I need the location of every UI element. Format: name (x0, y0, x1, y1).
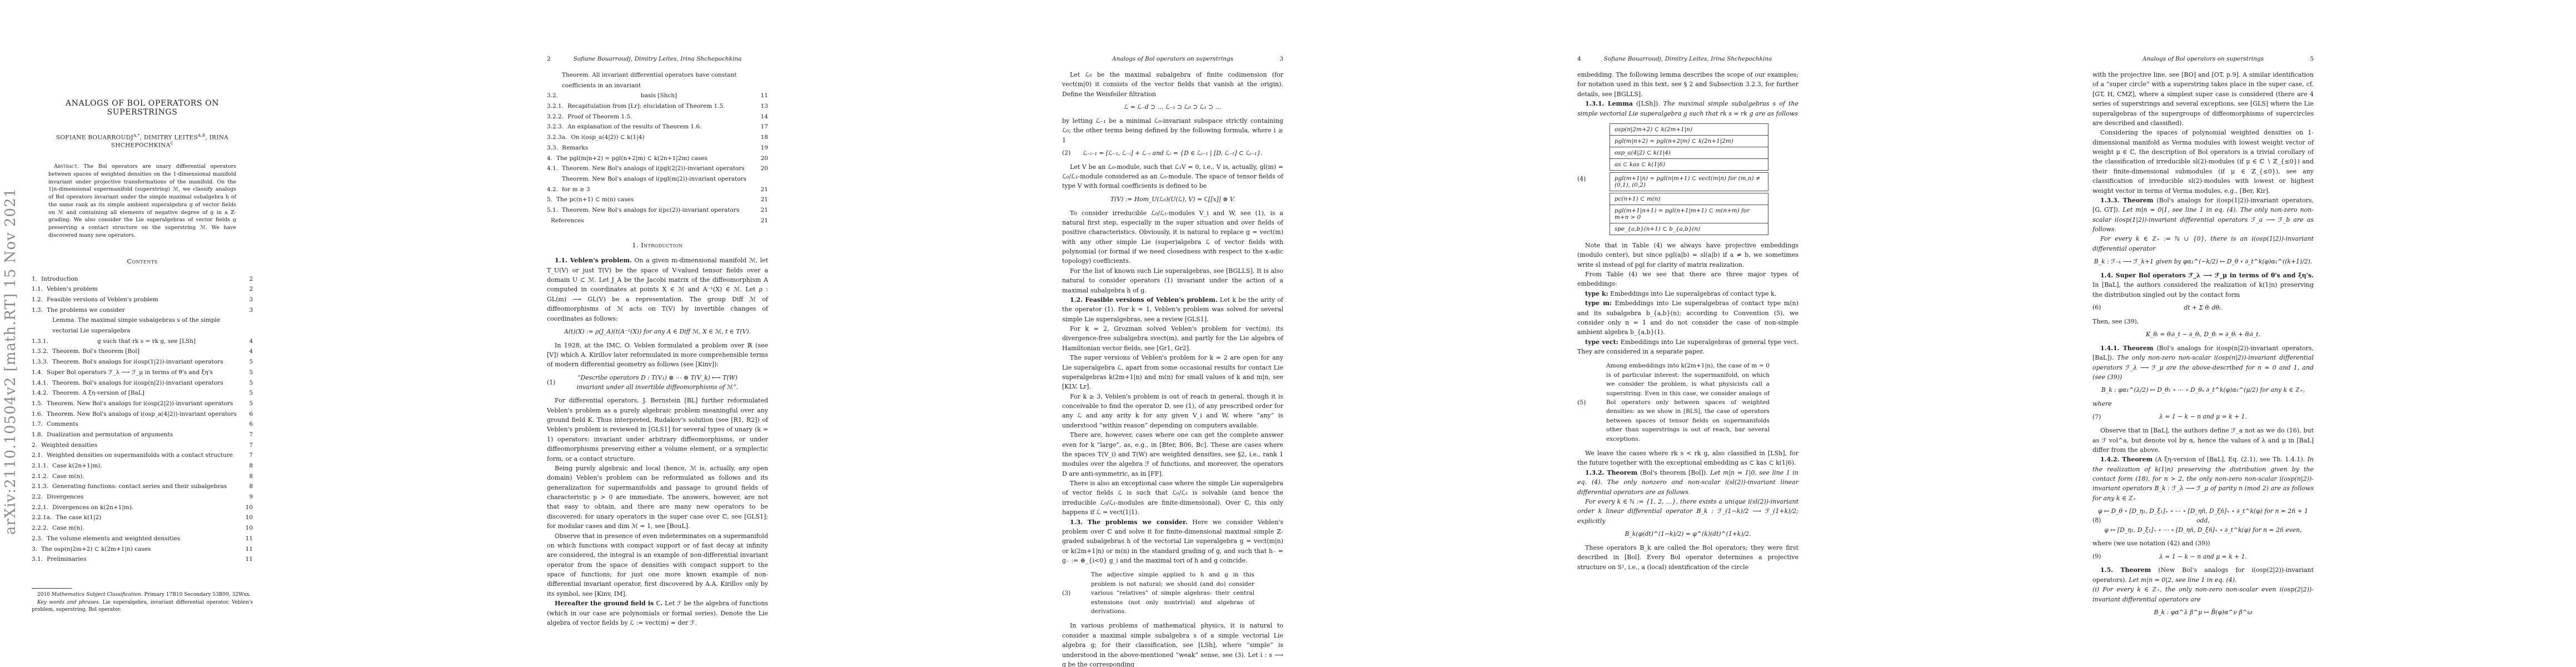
toc-entry-number: 2.1.1. (32, 461, 48, 471)
paragraph-lead: 1.3.3. Theorem (2100, 197, 2154, 204)
footnote: 2010 Mathematics Subject Classification.… (32, 588, 253, 614)
equation-label: (1) (547, 378, 555, 387)
toc-row: 4.2.Theorem. New Bol's analogs of i(pgl(… (547, 174, 768, 195)
paragraph-lead: 1.4. Super Bol operators ℱ_λ ⟶ ℱ_μ in te… (2100, 272, 2314, 279)
toc-entry-title-line1: The osp(n|2m+2) ⊂ k(2m+1|n) cases (41, 546, 151, 552)
toc-entry-title-line1: The volume elements and weighted densiti… (47, 535, 180, 542)
toc-entry-number: 3.2.3a. (547, 132, 567, 143)
toc-entry-page: 21 (760, 205, 768, 216)
contents-heading: Contents (32, 257, 253, 265)
toc-entry-number: 2.1.3. (32, 481, 48, 492)
toc-entry-page: 19 (760, 143, 768, 153)
equation-label: (3) (1062, 590, 1070, 597)
toc-row: 1.1.Veblen's problem2 (32, 284, 253, 295)
toc-entry-page: 4 (245, 346, 253, 357)
page-4: 4 Sofiane Bouarroudj, Dimitry Leites, Ir… (1546, 0, 2061, 667)
paragraph-lead: 1.3.1. Lemma (1585, 100, 1633, 107)
toc-entry-title: Preliminaries (47, 554, 241, 565)
equation-label: (4) (1577, 176, 1586, 183)
paragraph-mid: (Bol's theorem [Bol]). (1637, 469, 1707, 476)
toc-entry-title-line2: g such that rk s = rk g, see [LSh] (52, 336, 241, 347)
equation-label: (5) (1577, 399, 1586, 406)
paragraph: Observe that in presence of even indeter… (547, 531, 768, 599)
toc-entry-title: The pc(n+1) ⊂ m(n) cases (556, 195, 756, 205)
toc-entry-number: 1.4. (32, 367, 43, 378)
toc-entry-title: Theorem. Bol's theorem [Bol] (52, 346, 241, 357)
toc-entry-title: Weighted densities (41, 440, 241, 451)
toc-entry-title-line2: basis [Shch] (562, 91, 756, 101)
paragraph: Being purely algebraic and local (hence,… (547, 464, 768, 531)
paragraph-text: by letting ℒ₋₁ be a minimal ℒ₀-invariant… (1062, 117, 1283, 144)
paragraph-lead: 1.2. Feasible versions of Veblen's probl… (1070, 296, 1218, 303)
equation-label: (6) (2092, 303, 2101, 313)
toc-entry-number: 1.6. (32, 409, 43, 420)
paragraph-text: In [BaL], the authors considered the rea… (2092, 281, 2314, 298)
toc-entry-page: 10 (245, 512, 253, 523)
toc-row: References21 (547, 216, 768, 226)
toc-row: 1.3.The problems we consider3 (32, 305, 253, 316)
toc-entry-title-line1: Introduction (41, 276, 78, 282)
toc-entry-title-line1: Veblen's problem (47, 286, 98, 292)
paragraph: Considering the spaces of polynomial wei… (2092, 128, 2314, 196)
toc-entry-title: Theorem. New Bol's analogs for i(pc(2))-… (562, 205, 756, 216)
paragraph: type vect: Embeddings into Lie superalge… (1577, 337, 1798, 357)
toc-entry-title-line1: Case m(n). (52, 473, 84, 480)
toc-row: 1.7.Comments6 (32, 419, 253, 430)
abstract-label: Abstract. (54, 163, 79, 170)
equation-label: (8) (2092, 516, 2101, 526)
equation-label: (7) (2092, 412, 2101, 422)
table-row: osp_a(4|2) ⊂ k(1|4) (1610, 147, 1768, 159)
toc-entry-title: The pgl(m|n+2) ≃ pgl(n+2|m) ⊂ k(2n+1|2m)… (556, 153, 756, 164)
toc-entry-page: 8 (245, 461, 253, 471)
paragraph: From Table (4) we see that there are thr… (1577, 270, 1798, 289)
paragraph: where (we use notation (42) and (39)) (2092, 539, 2314, 548)
author-affiliation-mark: A,* (133, 133, 140, 138)
paragraph-text: There is also an exceptional case where … (1062, 480, 1283, 516)
toc-entry-number: 2.2. (32, 492, 43, 502)
paragraph-text: Observe that in presence of even indeter… (547, 532, 768, 598)
toc-entry-title: The volume elements and weighted densiti… (47, 534, 241, 544)
toc-entry-title: Recapitulation from [Lr]: elucidation of… (567, 101, 756, 112)
running-header: Analogs of Bol operators on superstrings… (1062, 0, 1283, 62)
toc-entry-number: 1. (32, 274, 37, 285)
toc-entry-number: 1.3. (32, 305, 43, 316)
toc-entry-number: 1.4.1. (32, 378, 48, 389)
toc-entry-page: 5 (245, 388, 253, 399)
equation-line: B_k : φα^λ β^μ ↦ B̄(φ)α^ν β^ω (2092, 608, 2314, 618)
display-equation: ℒ = ℒ₋d ⊃ … ℒ₋₁ ⊃ ℒ₀ ⊃ ℒ₁ ⊃ … (1062, 103, 1283, 112)
paragraph: where (2092, 399, 2314, 409)
display-equation: (6)dt + Σ θᵢ dθᵢ. (2092, 303, 2314, 313)
toc-entry-title-line1: Theorem. All invariant differential oper… (562, 72, 737, 89)
paragraph: These operators B_k are called the Bol o… (1577, 543, 1798, 572)
paragraph-text: For k ≥ 3, Veblen's problem is out of re… (1062, 393, 1283, 429)
toc-entry-title: An explanation of the results of Theorem… (567, 122, 756, 132)
equation-line: B_k : ℱ₋ₖ ⟶ ℱ_k+1 given by φα₁^(−k/2) ↦ … (2092, 257, 2314, 267)
table-row: osp(n|2m+2) ⊂ k(2m+1|n) (1610, 123, 1768, 136)
toc-entry-title-line1: The problems we consider (47, 307, 125, 313)
toc-entry-number: 2. (32, 440, 37, 451)
authors-line: SOFIANE BOUARROUDJA,*, DIMITRY LEITESA,B… (32, 133, 253, 148)
toc-entry-title: Theorem. New Bol's analogs of i(osp_a(4|… (47, 409, 241, 420)
toc-entry-title-line1: Case k(2n+1|m). (52, 462, 102, 469)
paragraph-text: Let V be an ℒ₀-module, such that ℒ₁V = 0… (1062, 163, 1283, 190)
toc-entry-title: Case m(n). (52, 523, 241, 534)
toc-entry-title: Theorem. Bol's analogs for i(osp(n|2))-i… (52, 378, 241, 389)
table-row: as ⊂ kas ⊂ k(1|6) (1610, 158, 1768, 171)
equation-label: (9) (2092, 552, 2101, 562)
paragraph-text: For differential operators, J. Bernstein… (547, 397, 768, 462)
toc-entry-title-line1: An explanation of the results of Theorem… (567, 123, 701, 130)
toc-entry-number: 2.3. (32, 534, 43, 544)
paragraph-text: The super versions of Veblen's problem f… (1062, 354, 1283, 390)
toc-entry-title-line1: Weighted densities (41, 442, 97, 449)
toc-entry-page: 6 (245, 419, 253, 430)
paragraph-text: We leave the cases where rk s < rk g, al… (1577, 450, 1798, 466)
toc-entry-title: Divergences (47, 492, 241, 502)
page-5: Analogs of Bol operators on superstrings… (2061, 0, 2576, 667)
toc-entry-number: 1.2. (32, 295, 43, 305)
toc-row: 1.4.2.Theorem. A ξη-version of [BaL]5 (32, 388, 253, 399)
toc-entry-number: 5. (547, 195, 552, 205)
toc-entry-number: 1.8. (32, 430, 43, 440)
toc-entry-page: 8 (245, 481, 253, 492)
toc-entry-number: 1.4.2. (32, 388, 48, 399)
paragraph-text: From Table (4) we see that there are thr… (1577, 271, 1798, 287)
paragraph-text: These operators B_k are called the Bol o… (1577, 544, 1798, 571)
toc-entry-page: 14 (760, 112, 768, 122)
running-header: 4 Sofiane Bouarroudj, Dimitry Leites, Ir… (1577, 0, 1798, 62)
paragraph: Let ℒ₀ be the maximal subalgebra of fini… (1062, 70, 1283, 99)
paragraph-text: Note that in Table (4) we always have pr… (1577, 242, 1798, 268)
toc-entry-page: 11 (245, 554, 253, 565)
toc-entry-title: The problems we consider (47, 305, 241, 316)
toc-entry-number: 2.1. (32, 450, 43, 461)
toc-entry-title-line1: Theorem. Bol's analogs for i(osp(n|2))-i… (52, 380, 223, 386)
toc-entry-title: References (551, 216, 756, 226)
equation-line: φ ↦ D_θ ∘ [D_η₁, D_ξ₁]₊ ∘ ⋯ ∘ [D_ηñ, D_ξ… (2092, 507, 2314, 525)
page-3: Analogs of Bol operators on superstrings… (1030, 0, 1546, 667)
lemma-table: (4)osp(n|2m+2) ⊂ k(2m+1|n)pgl(m|n+2) ≃ p… (1577, 123, 1798, 235)
paragraph: embedding. The following lemma describes… (1577, 70, 1798, 99)
toc-row: 4.The pgl(m|n+2) ≃ pgl(n+2|m) ⊂ k(2n+1|2… (547, 153, 768, 164)
paragraph-text: Being purely algebraic and local (hence,… (547, 465, 768, 530)
paragraph-lead: type k: (1585, 290, 1608, 297)
toc-row: 5.The pc(n+1) ⊂ m(n) cases21 (547, 195, 768, 205)
paragraph-text: where (2092, 400, 2112, 407)
toc-entry-title: Divergences on k(2n+1|m). (52, 502, 241, 513)
toc-entry-title: Veblen's problem (47, 284, 241, 295)
toc-entry-number: 2.2.1. (32, 502, 48, 513)
table-row: pgl(m|n+2) ≃ pgl(n+2|m) ⊂ k(2n+1|2m) (1610, 135, 1768, 147)
toc-entry-title: Case k(2n+1|m). (52, 461, 241, 471)
toc-entry-page: 7 (245, 450, 253, 461)
page-5-body: with the projective line, see [BO] and [… (2092, 70, 2314, 618)
table-row: pc(n+1) ⊂ m(n) (1610, 193, 1768, 205)
paragraph-lead: 1.3.2. Theorem (1585, 469, 1637, 476)
toc-entry-title-line1: Theorem. A ξη-version of [BaL] (52, 390, 145, 396)
toc-row: 2.1.1.Case k(2n+1|m).8 (32, 461, 253, 471)
toc-entry-page: 9 (245, 492, 253, 502)
paragraph: Then, see (39), (2092, 317, 2314, 326)
toc-entry-title: Theorem. New Bol's analogs of i(pgl(m|2)… (562, 174, 756, 195)
toc-entry-title-line1: Dualization and permutation of arguments (47, 431, 173, 438)
running-header: Analogs of Bol operators on superstrings… (2092, 0, 2314, 62)
paragraph-text: Let ℒ₀ be the maximal subalgebra of fini… (1062, 71, 1283, 98)
toc-row: 1.6.Theorem. New Bol's analogs of i(osp_… (32, 409, 253, 420)
paragraph: Let V be an ℒ₀-module, such that ℒ₁V = 0… (1062, 162, 1283, 191)
document-canvas: arXiv:2110.10504v2 [math.RT] 15 Nov 2021… (0, 0, 2576, 667)
paragraph: For the list of known such Lie superalge… (1062, 266, 1283, 295)
paragraph-text: embedding. The following lemma describes… (1577, 71, 1798, 98)
paragraph: by letting ℒ₋₁ be a minimal ℒ₀-invariant… (1062, 116, 1283, 145)
paragraph-text: On a given m-dimensional manifold ℳ, let… (547, 257, 768, 322)
toc-entry-title-line1: Weighted densities on supermanifolds wit… (47, 452, 233, 459)
toc-entry-page: 21 (760, 185, 768, 195)
paragraph-text: Let m|n = 0|1, see line 1 in eq. (4). Th… (2092, 206, 2314, 233)
toc-row: 3.2.Theorem. All invariant differential … (547, 70, 768, 101)
paragraph-text: The only non-zero non-scalar i(osp(n|2))… (2092, 354, 2314, 381)
toc-entry-number: 3.1. (32, 554, 43, 565)
toc-entry-title-line1: Theorem. New Bol's analogs of i(pgl(m|2)… (562, 176, 746, 193)
toc-row: 1.4.Super Bol operators ℱ_λ ⟶ ℱ_μ in ter… (32, 367, 253, 378)
equation-line: λ = 1 − k − n and μ = k + 1. (2092, 552, 2314, 562)
toc-entry-page: 10 (245, 523, 253, 534)
paragraph: 1.3.3. Theorem (Bol's analogs for i(osp(… (2092, 196, 2314, 235)
display-equation: (2)ℒ₋ᵢ₋₁ = [ℒ₋₁, ℒ₋ᵢ] + ℒ₋ᵢ and ℒᵢ = {D … (1062, 149, 1283, 158)
paragraph-text: (i) For every k ∈ ℤ₊, the only non-zero … (2092, 586, 2314, 603)
page-4-body: embedding. The following lemma describes… (1577, 70, 1798, 572)
equation-line: dt + Σ θᵢ dθᵢ. (2092, 303, 2314, 313)
toc-entry-page: 17 (760, 122, 768, 132)
page-1: arXiv:2110.10504v2 [math.RT] 15 Nov 2021… (0, 0, 515, 667)
toc-row: 2.1.3.Generating functions: contact seri… (32, 481, 253, 492)
author-name: SOFIANE BOUARROUDJ (56, 135, 133, 141)
author-affiliation-mark: A,B (198, 133, 205, 138)
paragraph: We leave the cases where rk s < rk g, al… (1577, 449, 1798, 468)
paragraph-mid: (A ξη-version of [BaL], Eq. (2.1), see T… (2153, 456, 2305, 463)
paragraph: type k: Embeddings into Lie superalgebra… (1577, 289, 1798, 298)
paragraph: Observe that in [BaL], the authors defin… (2092, 426, 2314, 455)
toc-entry-number: 4. (547, 153, 552, 164)
paragraph-text: For the list of known such Lie superalge… (1062, 267, 1283, 294)
toc-entry-page: 6 (245, 409, 253, 420)
paragraph-text: Let m|n = 0|2, see line 1 in eq. (4). (2127, 576, 2237, 584)
toc-entry-number: 2.1.2. (32, 471, 48, 482)
lemma-table-box: osp(n|2m+2) ⊂ k(2m+1|n)pgl(m|n+2) ≃ pgl(… (1610, 123, 1768, 235)
toc-entry-title-line1: Divergences (47, 494, 83, 500)
page-number: 2 (547, 56, 561, 62)
toc-entry-title-line1: Preliminaries (47, 556, 86, 563)
toc-entry-number: 1.3.1. (32, 336, 48, 347)
toc-entry-number: 1.1. (32, 284, 43, 295)
equation-line: ℒ = ℒ₋d ⊃ … ℒ₋₁ ⊃ ℒ₀ ⊃ ℒ₁ ⊃ … (1062, 103, 1283, 112)
toc-entry-title: Feasible versions of Veblen's problem (47, 295, 241, 305)
toc-row: 1.Introduction2 (32, 274, 253, 285)
toc-entry-title-line1: Theorem. Bol's theorem [Bol] (52, 348, 139, 355)
paragraph: 1.3.1. Lemma ([LSh]). The maximal simple… (1577, 99, 1798, 118)
display-equation: (9)λ = 1 − k − n and μ = k + 1. (2092, 552, 2314, 562)
toc-entry-title-line1: On i(osp_a(4|2)) ⊂ k(1|4) (571, 134, 644, 141)
equation-line: “Describe operators D : T(V₁) ⊗ ⋯ ⊗ T(V_… (547, 374, 768, 383)
toc-row: 4.1.Theorem. New Bol's analogs of i(pgl(… (547, 163, 768, 174)
toc-entry-title-line1: References (551, 217, 584, 224)
toc-entry-page: 11 (245, 534, 253, 544)
toc-row: 5.1.Theorem. New Bol's analogs for i(pc(… (547, 205, 768, 216)
page-2-content: 2 Sofiane Bouarroudj, Dimitry Leites, Ir… (547, 0, 768, 667)
toc-row: 1.8.Dualization and permutation of argum… (32, 430, 253, 440)
paragraph: For every k ∈ ℕ := {1, 2, …}, there exis… (1577, 497, 1798, 526)
toc-entry-title-line1: Comments (47, 421, 78, 427)
toc-entry-title: Theorem. New Bol's analogs of i(pgl(2|2)… (562, 163, 756, 174)
toc-row: 3.2.2.Proof of Theorem 1.5.14 (547, 112, 768, 122)
page-3-content: Analogs of Bol operators on superstrings… (1062, 0, 1283, 667)
equation-line: λ = 1 − k − n and μ = k + 1. (2092, 412, 2314, 422)
paragraph-lead: 1.3. The problems we consider. (1070, 519, 1188, 526)
toc-entry-title-line1: Divergences on k(2n+1|m). (52, 504, 133, 511)
toc-row: 3.2.3a.On i(osp_a(4|2)) ⊂ k(1|4)18 (547, 132, 768, 143)
paragraph-text: For every k ∈ ℤ₊ := ℕ ∪ {0}, there is an… (2092, 235, 2314, 252)
numbered-remark: (5)Among embeddings into k(2m+1|n), the … (1577, 361, 1798, 444)
toc-entry-page: 4 (245, 336, 253, 347)
toc-entry-title-line1: Remarks (562, 145, 588, 151)
footnote-kw-italic: Key words and phrases. (37, 600, 100, 605)
toc-entry-title-line1: Case m(n). (52, 525, 84, 531)
toc-entry-title: Lemma. The maximal simple subalgebras s … (52, 315, 241, 346)
paragraph: The super versions of Veblen's problem f… (1062, 353, 1283, 392)
toc-entry-number: 1.3.3. (32, 357, 48, 367)
running-title: Sofiane Bouarroudj, Dimitry Leites, Irin… (1592, 56, 1784, 62)
toc-row: 2.3.The volume elements and weighted den… (32, 534, 253, 544)
toc-entry-page: 21 (760, 216, 768, 226)
display-equation: A(t)(X) := ρ(J_A)(t(A⁻¹(X)) for any A ∈ … (547, 327, 768, 337)
toc-row: 3.1.Preliminaries11 (32, 554, 253, 565)
toc-row: 1.3.2.Theorem. Bol's theorem [Bol]4 (32, 346, 253, 357)
paragraph: 1.3. The problems we consider. Here we c… (1062, 517, 1283, 566)
paragraph-text: For every k ∈ ℕ := {1, 2, …}, there exis… (1577, 498, 1798, 525)
toc-entry-page: 11 (760, 91, 768, 101)
toc-entry-number: 3.2.2. (547, 112, 564, 122)
toc-entry-title: Proof of Theorem 1.5. (567, 112, 756, 122)
toc-entry-page: 5 (245, 378, 253, 389)
running-title: Analogs of Bol operators on superstrings (2107, 56, 2299, 62)
toc-entry-page: 3 (245, 295, 253, 305)
table-of-contents-continued: 3.2.Theorem. All invariant differential … (547, 70, 768, 226)
page-4-content: 4 Sofiane Bouarroudj, Dimitry Leites, Ir… (1577, 0, 1798, 667)
equation-line: B_k(φ(dt)^(1−k)/2) = φ^(k)(dt)^(1+k)/2. (1577, 530, 1798, 539)
toc-row: 1.5.Theorem. New Bol's analogs for i(osp… (32, 399, 253, 409)
toc-entry-page: 5 (245, 357, 253, 367)
paragraph-text: There are, however, cases where one can … (1062, 431, 1283, 477)
toc-row: 3.2.1.Recapitulation from [Lr]: elucidat… (547, 101, 768, 112)
toc-row: 1.3.3.Theorem. Bol's analogs for i(osp(1… (32, 357, 253, 367)
toc-entry-page: 10 (245, 502, 253, 513)
toc-entry-number: 4.1. (547, 163, 558, 174)
toc-entry-page: 2 (245, 274, 253, 285)
toc-entry-title: Generating functions: contact series and… (52, 481, 241, 492)
toc-entry-number: 2.2.1a. (32, 512, 52, 523)
paragraph: For differential operators, J. Bernstein… (547, 396, 768, 464)
paragraph-lead: type m: (1585, 300, 1612, 307)
paragraph: For k ≥ 3, Veblen's problem is out of re… (1062, 392, 1283, 431)
footnote-msc: 2010 Mathematics Subject Classification.… (32, 591, 253, 599)
paragraph: 1.3.2. Theorem (Bol's theorem [Bol]). Le… (1577, 468, 1798, 497)
paper-title: ANALOGS OF BOL OPERATORS ON SUPERSTRINGS (32, 99, 253, 117)
toc-entry-title-line1: Theorem. New Bol's analogs for i(pc(2))-… (562, 207, 739, 213)
paragraph: 1.4.2. Theorem (A ξη-version of [BaL], E… (2092, 455, 2314, 503)
toc-entry-page: 7 (245, 430, 253, 440)
paragraph-lead: type vect: (1585, 339, 1618, 346)
footnote-msc-italic: Mathematics Subject Classification. (52, 592, 143, 598)
remark-text: The adjective simple applied to h and g … (1091, 570, 1254, 616)
toc-entry-title: Introduction (41, 274, 241, 285)
toc-entry-page: 20 (760, 163, 768, 174)
toc-entry-title: Case m(n). (52, 471, 241, 482)
paragraph: 1.4. Super Bol operators ℱ_λ ⟶ ℱ_μ in te… (2092, 271, 2314, 300)
toc-entry-title-line1: Theorem. New Bol's analogs for i(osp(2|2… (47, 400, 233, 407)
equation-line: B_k : φα₁^(λ/2) ↦ D_θ₁ ∘ ⋯ ∘ D_θₙ ∂_t^k(… (2092, 386, 2314, 395)
display-equation: (7)λ = 1 − k − n and μ = k + 1. (2092, 412, 2314, 422)
toc-entry-page: 2 (245, 284, 253, 295)
toc-row: 1.3.1.Lemma. The maximal simple subalgeb… (32, 315, 253, 346)
toc-entry-title-line1: The pc(n+1) ⊂ m(n) cases (556, 196, 634, 203)
section-heading: 1. Introduction (547, 241, 768, 249)
toc-entry-number: 2.2.2. (32, 523, 48, 534)
toc-row: 1.2.Feasible versions of Veblen's proble… (32, 295, 253, 305)
equation-line: ℒ₋ᵢ₋₁ = [ℒ₋₁, ℒ₋ᵢ] + ℒ₋ᵢ and ℒᵢ = {D ∈ ℒ… (1062, 149, 1283, 158)
footnote-msc-rest: Primary 17B10 Secondary 53B99, 32Wxx. (143, 592, 251, 598)
toc-entry-number: 5.1. (547, 205, 558, 216)
paragraph-text: Considering the spaces of polynomial wei… (2092, 129, 2314, 194)
page-3-body: Let ℒ₀ be the maximal subalgebra of fini… (1062, 70, 1283, 667)
toc-entry-title-line1: Feasible versions of Veblen's problem (47, 296, 158, 303)
toc-entry-page: 20 (760, 153, 768, 164)
page-2: 2 Sofiane Bouarroudj, Dimitry Leites, Ir… (515, 0, 1030, 667)
page-number: 4 (1577, 56, 1592, 62)
toc-entry-page: 7 (245, 440, 253, 451)
toc-entry-page: 18 (760, 132, 768, 143)
equation-line: φ ↦ [D_η₁, D_ξ₁]₊ ∘ ⋯ ∘ [D_ηñ, D_ξñ]₊ ∘ … (2092, 526, 2314, 535)
paragraph-lead: 1.4.2. Theorem (2100, 456, 2153, 463)
toc-entry-title: Theorem. All invariant differential oper… (562, 70, 756, 101)
paragraph: To consider irreducible ℒ₀/ℒ₁-modules V_… (1062, 208, 1283, 266)
toc-row: 3.2.3.An explanation of the results of T… (547, 122, 768, 132)
paragraph: (i) For every k ∈ ℤ₊, the only non-zero … (2092, 585, 2314, 604)
running-title: Sofiane Bouarroudj, Dimitry Leites, Irin… (561, 56, 754, 62)
toc-row: 1.4.1.Theorem. Bol's analogs for i(osp(n… (32, 378, 253, 389)
paragraph-lead: 1.4.1. Theorem (2100, 345, 2154, 352)
equation-line: invariant under all invertible diffeomor… (547, 383, 768, 392)
toc-entry-title: The osp(n|2m+2) ⊂ k(2m+1|n) cases (41, 544, 241, 555)
table-row: pgl(m+1|n) ≃ pgl(n|m+1) ⊂ vect(m|n) for … (1610, 172, 1768, 191)
toc-row: 2.2.2.Case m(n).10 (32, 523, 253, 534)
toc-entry-title-line1: The pgl(m|n+2) ≃ pgl(n+2|m) ⊂ k(2n+1|2m)… (556, 155, 707, 162)
equation-line: A(t)(X) := ρ(J_A)(t(A⁻¹(X)) for any A ∈ … (547, 327, 768, 337)
display-equation: K_θᵢ = θᵢ∂_t − ∂_θᵢ, D_θᵢ = ∂_θᵢ + θᵢ∂_t… (2092, 330, 2314, 340)
footnote-msc-pre: 2010 (37, 592, 52, 598)
abstract: Abstract. The Bol operators are unary di… (32, 163, 253, 240)
toc-entry-page: 5 (245, 367, 253, 378)
toc-entry-title-line1: Recapitulation from [Lr]: elucidation of… (567, 103, 725, 109)
paragraph-text: To consider irreducible ℒ₀/ℒ₁-modules V_… (1062, 210, 1283, 265)
abstract-text: The Bol operators are unary differential… (48, 163, 236, 238)
toc-entry-title: On i(osp_a(4|2)) ⊂ k(1|4) (571, 132, 756, 143)
toc-entry-page: 3 (245, 305, 253, 316)
arxiv-watermark: arXiv:2110.10504v2 [math.RT] 15 Nov 2021 (2, 56, 22, 667)
page-number: 5 (2299, 56, 2314, 62)
toc-entry-title-line1: Theorem. New Bol's analogs of i(osp_a(4|… (47, 411, 237, 417)
